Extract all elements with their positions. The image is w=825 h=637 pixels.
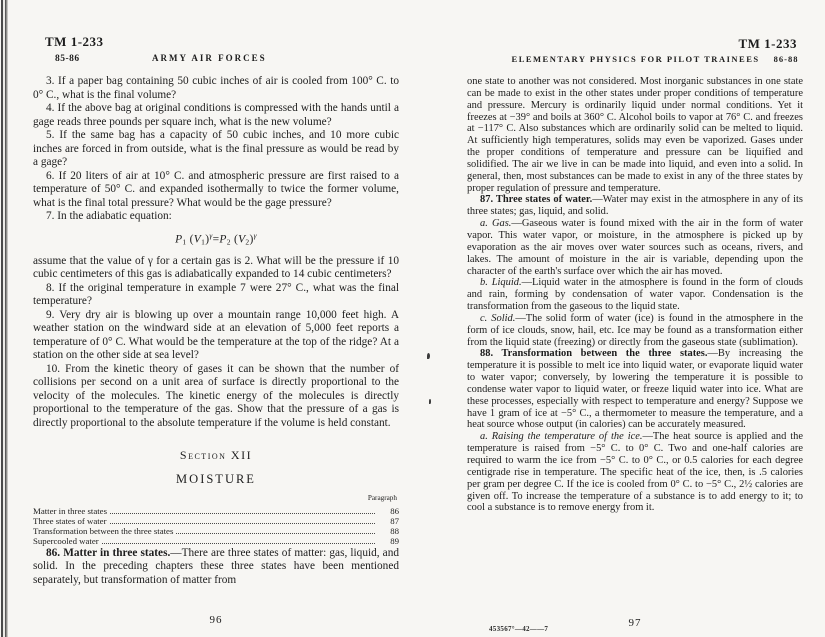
left-running-head: 85-86 ARMY AIR FORCES bbox=[33, 53, 399, 64]
paragraph-88-text: —By increasing the temperature it is pos… bbox=[467, 348, 803, 430]
paragraph-88-lead: 88. Transformation between the three sta… bbox=[480, 348, 707, 359]
left-body-text: 3. If a paper bag containing 50 cubic in… bbox=[33, 75, 399, 587]
toc-entry-title: Matter in three states bbox=[33, 506, 107, 516]
left-paragraph-range: 85-86 bbox=[55, 54, 80, 64]
section-heading: Section XII bbox=[33, 449, 399, 463]
chapter-title: MOISTURE bbox=[33, 473, 399, 487]
paragraph-86-lead: 86. Matter in three states. bbox=[46, 547, 170, 559]
paragraph-87a-lead: a. Gas. bbox=[480, 218, 511, 229]
problem-6: 6. If 20 liters of air at 10° C. and atm… bbox=[33, 170, 399, 211]
toc-entry-title: Supercooled water bbox=[33, 536, 99, 546]
toc-entry-number: 89 bbox=[379, 536, 399, 546]
paragraph-87b-lead: b. Liquid. bbox=[480, 277, 522, 288]
toc-entry-number: 88 bbox=[379, 526, 399, 536]
scan-speck bbox=[427, 353, 430, 359]
right-paragraph-range: 86-88 bbox=[774, 54, 799, 64]
right-body-text: one state to another was not considered.… bbox=[467, 76, 803, 514]
paragraph-87-lead: 87. Three states of water. bbox=[480, 194, 592, 205]
right-tm-number: TM 1-233 bbox=[467, 36, 803, 52]
problem-7-continuation: assume that the value of γ for a certain… bbox=[33, 255, 399, 282]
eq-part: P bbox=[219, 233, 226, 245]
toc-row: Transformation between the three states … bbox=[33, 526, 399, 536]
paragraph-86-continuation: one state to another was not considered.… bbox=[467, 76, 803, 194]
right-running-title: ELEMENTARY PHYSICS FOR PILOT TRAINEES bbox=[512, 54, 760, 64]
eq-part: γ bbox=[254, 231, 257, 240]
toc-dot-leader bbox=[176, 533, 375, 534]
paragraph-87c-lead: c. Solid. bbox=[480, 313, 515, 324]
gpo-print-code: 453567°—42——7 bbox=[489, 625, 548, 633]
problem-10: 10. From the kinetic theory of gases it … bbox=[33, 363, 399, 431]
paragraph-87c-text: —The solid form of water (ice) is found … bbox=[467, 313, 803, 348]
problem-5: 5. If the same bag has a capacity of 50 … bbox=[33, 129, 399, 170]
scanned-manual-spread: { "left_page": { "header": { "tm": "TM 1… bbox=[0, 0, 825, 637]
eq-part: ( bbox=[231, 233, 238, 245]
paragraph-87: 87. Three states of water.—Water may exi… bbox=[467, 194, 803, 218]
toc-entry-number: 87 bbox=[379, 516, 399, 526]
paragraph-88a-lead: a. Raising the temperature of the ice. bbox=[480, 431, 642, 442]
problem-8: 8. If the original temperature in exampl… bbox=[33, 282, 399, 309]
paragraph-87b: b. Liquid.—Liquid water in the atmospher… bbox=[467, 277, 803, 313]
right-page: TM 1-233 ELEMENTARY PHYSICS FOR PILOT TR… bbox=[467, 36, 803, 514]
paragraph-88a: a. Raising the temperature of the ice.—T… bbox=[467, 431, 803, 514]
problem-7: 7. In the adiabatic equation: bbox=[33, 210, 399, 224]
paragraph-88a-text: —The heat source is applied and the temp… bbox=[467, 431, 803, 513]
eq-part: ( bbox=[186, 233, 193, 245]
scan-speck bbox=[429, 399, 431, 404]
paragraph-87a-text: —Gaseous water is found mixed with the a… bbox=[467, 218, 803, 276]
paragraph-87a: a. Gas.—Gaseous water is found mixed wit… bbox=[467, 218, 803, 277]
left-tm-number: TM 1-233 bbox=[45, 34, 399, 50]
toc-row: Matter in three states 86 bbox=[33, 506, 399, 516]
toc-entry-number: 86 bbox=[379, 506, 399, 516]
toc-dot-leader bbox=[110, 513, 375, 514]
toc-row: Three states of water 87 bbox=[33, 516, 399, 526]
paragraph-86: 86. Matter in three states.—There are th… bbox=[33, 547, 399, 588]
toc-entry-title: Transformation between the three states bbox=[33, 526, 173, 536]
toc-row: Supercooled water 89 bbox=[33, 536, 399, 546]
right-running-head: ELEMENTARY PHYSICS FOR PILOT TRAINEES86-… bbox=[467, 54, 803, 64]
adiabatic-equation: P1 (V1)γ=P2 (V2)γ bbox=[33, 229, 399, 249]
toc-dot-leader bbox=[110, 523, 375, 524]
paragraph-88: 88. Transformation between the three sta… bbox=[467, 348, 803, 431]
toc-entry-title: Three states of water bbox=[33, 516, 107, 526]
paragraph-87c: c. Solid.—The solid form of water (ice) … bbox=[467, 313, 803, 349]
binding-edge-artifact bbox=[0, 0, 11, 637]
toc-column-label: Paragraph bbox=[33, 492, 399, 506]
left-page: TM 1-233 85-86 ARMY AIR FORCES 3. If a p… bbox=[33, 34, 399, 587]
left-running-title: ARMY AIR FORCES bbox=[80, 53, 339, 63]
problem-3: 3. If a paper bag containing 50 cubic in… bbox=[33, 75, 399, 102]
problem-4: 4. If the above bag at original conditio… bbox=[33, 102, 399, 129]
section-contents-table: Paragraph Matter in three states 86 Thre… bbox=[33, 492, 399, 547]
left-page-number: 96 bbox=[33, 614, 399, 626]
toc-dot-leader bbox=[102, 543, 375, 544]
problem-9: 9. Very dry air is blowing up over a mou… bbox=[33, 309, 399, 363]
